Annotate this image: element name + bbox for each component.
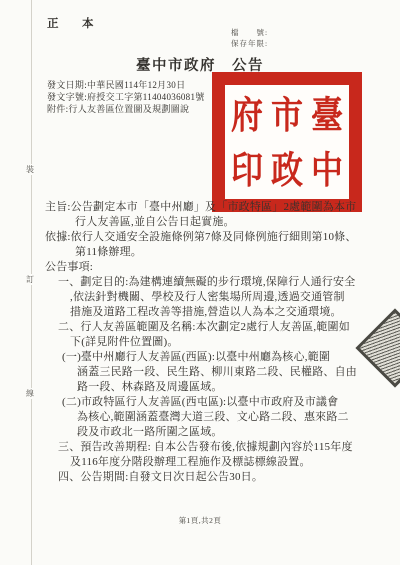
body-line: 涵蓋三民路一段、民生路、柳川東路二段、民權路、自由 [0, 365, 400, 380]
header-right-labels: 檔 號: 保存年限: [231, 27, 268, 49]
body-line: 下(詳見附件位置圖)。 [0, 335, 400, 350]
seal-character: 政 [267, 137, 307, 202]
meta-line: 附件:行人友善區位置圖及規劃圖說 [47, 103, 205, 115]
body-line: 公告事項: [0, 260, 400, 275]
body-line: 二、行人友善區範圍及名稱:本次劃定2處行人友善區,範圍如 [0, 320, 400, 335]
binding-mark: 裝 [26, 164, 34, 175]
body-line: 及116年度分階段辦理工程施作及標誌標線設置。 [0, 455, 400, 470]
body-line: 依據:依行人交通安全設施條例第7條及同條例施行細則第10條、 [0, 230, 400, 245]
seal-character: 印 [227, 137, 267, 202]
meta-line: 發文日期:中華民國114年12月30日 [47, 79, 205, 91]
body-line: 三、預告改善期程: 自本公告發布後,依據規劃內容於115年度 [0, 440, 400, 455]
announcement-body: 主旨:公告劃定本市「臺中州廳」及「市政特區」2處範圍為本市行人友善區,並自公告日… [0, 200, 400, 485]
document-meta: 發文日期:中華民國114年12月30日發文字號:府授交工字第1140403608… [47, 79, 205, 115]
body-line: 行人友善區,並自公告日起實施。 [0, 215, 400, 230]
body-line: 措施及道路工程改善等措施,營造以人為本之交通環境。 [0, 305, 400, 320]
seal-character: 中 [307, 137, 347, 202]
body-line: 段及市政北一路所圍之區域。 [0, 425, 400, 440]
body-line: ,依法針對機關、學校及行人密集場所周邊,透過交通管制 [0, 290, 400, 305]
file-number-label: 檔 號: [231, 27, 268, 38]
page-number: 第1頁,共2頁 [0, 515, 400, 526]
copy-type-label: 正 本 [47, 15, 100, 31]
body-line: (一)臺中州廳行人友善區(西區):以臺中州廳為核心,範圍 [0, 350, 400, 365]
body-line: 為核心,範圍涵蓋臺灣大道三段、文心路二段、惠來路二 [0, 410, 400, 425]
seal-inner: 府市臺印政中 [225, 85, 349, 199]
retention-period-label: 保存年限: [231, 38, 268, 49]
body-line: (二)市政特區行人友善區(西屯區):以臺中市政府及市議會 [0, 395, 400, 410]
government-seal: 府市臺印政中 [212, 72, 362, 212]
body-line: 一、劃定目的:為建構連續無礙的步行環境,保障行人通行安全 [0, 275, 400, 290]
scanned-announcement-page: 裝訂線 正 本 檔 號: 保存年限: 臺中市政府 公告 發文日期:中華民國114… [0, 0, 400, 565]
body-line: 路一段、林森路及周邊區域。 [0, 380, 400, 395]
body-line: 主旨:公告劃定本市「臺中州廳」及「市政特區」2處範圍為本市 [0, 200, 400, 215]
body-line: 四、公告期間:自發文日次日起公告30日。 [0, 470, 400, 485]
meta-line: 發文字號:府授交工字第11404036081號 [47, 91, 205, 103]
body-line: 第11條辦理。 [0, 245, 400, 260]
